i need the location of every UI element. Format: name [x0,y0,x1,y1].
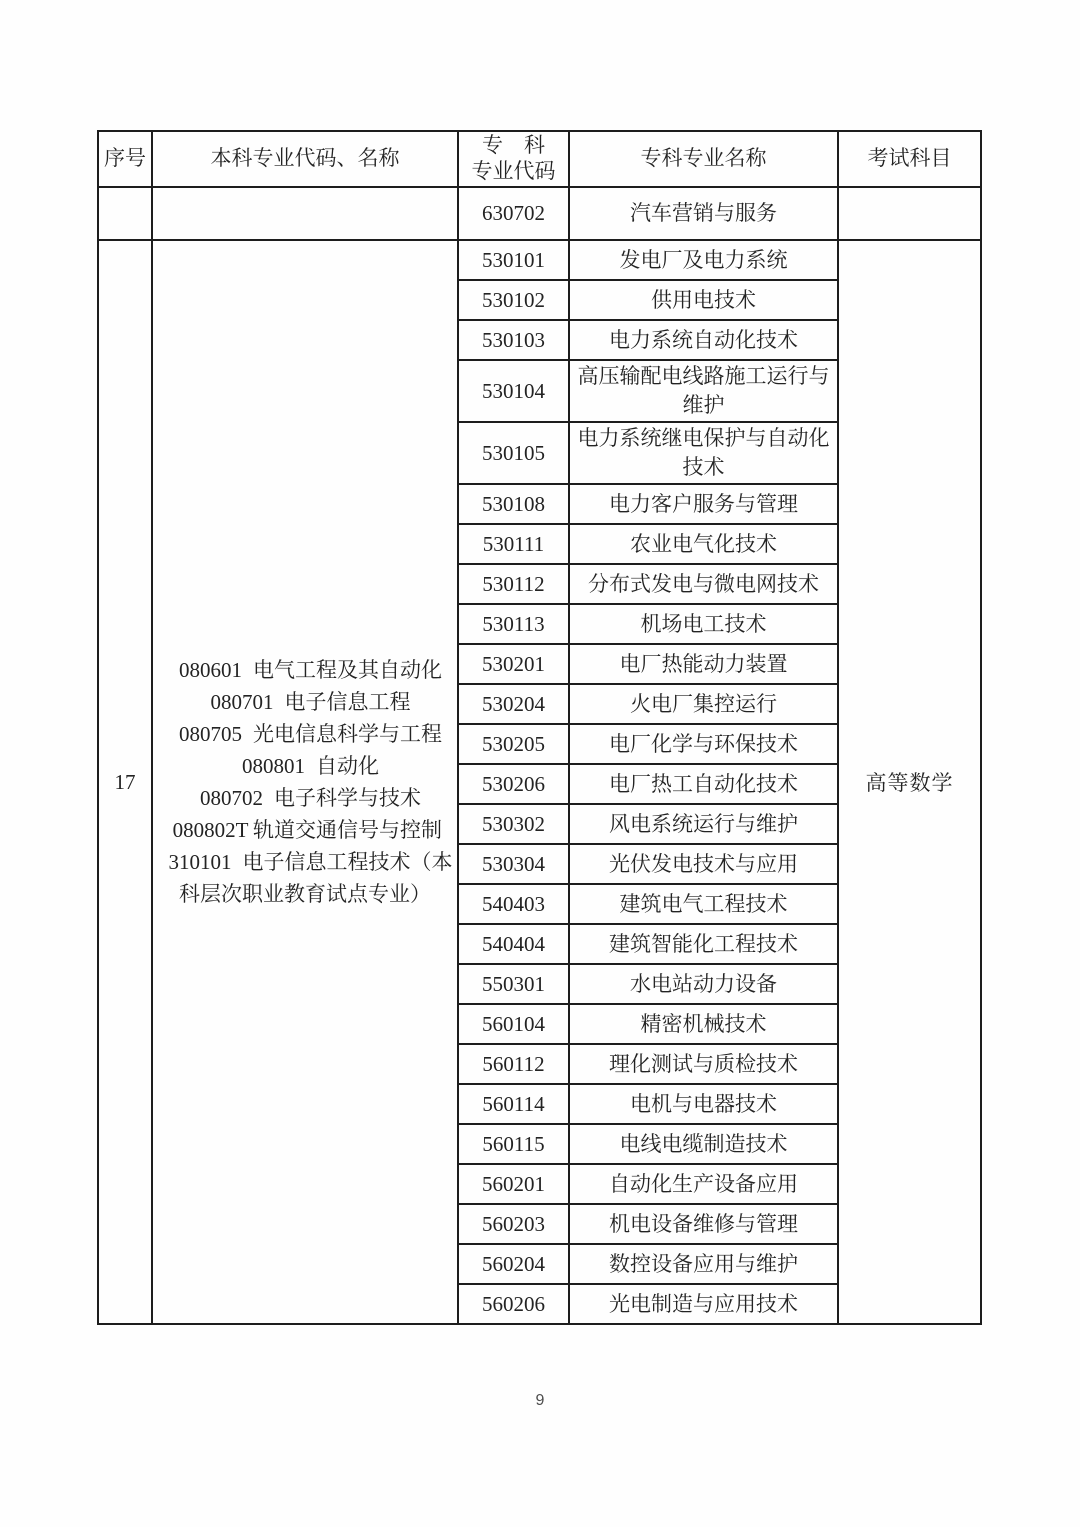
college-name-cell: 汽车营销与服务 [569,187,838,240]
college-name-cell: 建筑智能化工程技术 [569,924,838,964]
college-name-cell: 数控设备应用与维护 [569,1244,838,1284]
exam-subject-cell: 高等数学 [838,240,981,1324]
college-code-cell: 530302 [458,804,569,844]
header-college-name: 专科专业名称 [569,131,838,187]
undergrad-major-name: 电气工程及其自动化 [253,658,442,682]
college-code-cell: 540404 [458,924,569,964]
college-code-cell: 530112 [458,564,569,604]
college-name-cell: 机场电工技术 [569,604,838,644]
college-code-cell: 560115 [458,1124,569,1164]
header-college-code: 专 科 专业代码 [458,131,569,187]
college-code-cell: 530101 [458,240,569,280]
table-header-row: 序号 本科专业代码、名称 专 科 专业代码 专科专业名称 考试科目 [98,131,981,187]
undergrad-major-line: 080801自动化 [153,750,457,782]
college-code-cell: 560206 [458,1284,569,1324]
page-number: 9 [0,1392,1080,1410]
undergrad-majors-cell: 080601电气工程及其自动化080701电子信息工程080705光电信息科学与… [152,240,458,1324]
college-name-cell: 理化测试与质检技术 [569,1044,838,1084]
college-code-cell: 530201 [458,644,569,684]
college-code-cell: 540403 [458,884,569,924]
college-code-cell: 530105 [458,422,569,484]
college-name-cell: 建筑电气工程技术 [569,884,838,924]
college-name-cell: 电厂化学与环保技术 [569,724,838,764]
college-name-cell: 电力客户服务与管理 [569,484,838,524]
undergrad-major-code: 310101 [158,846,243,878]
college-code-cell: 560204 [458,1244,569,1284]
college-name-cell: 精密机械技术 [569,1004,838,1044]
majors-table: 序号 本科专业代码、名称 专 科 专业代码 专科专业名称 考试科目 630702… [97,130,982,1325]
table-row: 17080601电气工程及其自动化080701电子信息工程080705光电信息科… [98,240,981,280]
college-code-cell: 530102 [458,280,569,320]
undergrad-major-line: 080601电气工程及其自动化 [153,654,457,686]
serial-cell: 17 [98,240,152,1324]
college-code-cell: 560201 [458,1164,569,1204]
undergrad-major-code: 080701 [200,686,285,718]
undergrad-major-line: 310101电子信息工程技术（本科层次职业教育试点专业） [153,846,457,910]
header-exam-subject: 考试科目 [838,131,981,187]
college-code-cell: 530111 [458,524,569,564]
college-name-cell: 电机与电器技术 [569,1084,838,1124]
college-name-cell: 机电设备维修与管理 [569,1204,838,1244]
college-code-cell: 560203 [458,1204,569,1244]
undergrad-major-code: 080702 [189,782,274,814]
college-name-cell: 电力系统继电保护与自动化技术 [569,422,838,484]
college-name-cell: 供用电技术 [569,280,838,320]
undergrad-major-code: 080705 [168,718,253,750]
undergrad-major-name: 电子科学与技术 [274,786,421,810]
header-undergrad-major: 本科专业代码、名称 [152,131,458,187]
college-name-cell: 光电制造与应用技术 [569,1284,838,1324]
college-name-cell: 农业电气化技术 [569,524,838,564]
college-name-cell: 火电厂集控运行 [569,684,838,724]
college-code-cell: 550301 [458,964,569,1004]
college-name-cell: 高压输配电线路施工运行与维护 [569,360,838,422]
table-row-carryover: 630702汽车营销与服务 [98,187,981,240]
undergrad-major-code: 080601 [168,654,253,686]
document-page: 序号 本科专业代码、名称 专 科 专业代码 专科专业名称 考试科目 630702… [0,0,1080,1527]
college-code-cell: 530205 [458,724,569,764]
header-serial: 序号 [98,131,152,187]
college-code-cell: 530108 [458,484,569,524]
college-code-cell: 560112 [458,1044,569,1084]
undergrad-major-name: 自动化 [316,754,379,778]
undergrad-major-name: 光电信息科学与工程 [253,722,442,746]
undergrad-major-code: 080801 [231,750,316,782]
college-name-cell: 自动化生产设备应用 [569,1164,838,1204]
college-code-cell: 560104 [458,1004,569,1044]
college-name-cell: 光伏发电技术与应用 [569,844,838,884]
exam-subject-cell-empty [838,187,981,240]
college-name-cell: 电力系统自动化技术 [569,320,838,360]
college-code-cell: 530204 [458,684,569,724]
undergrad-major-name: 轨道交通信号与控制 [253,818,442,842]
college-code-cell: 530113 [458,604,569,644]
undergrad-major-line: 080701电子信息工程 [153,686,457,718]
college-name-cell: 分布式发电与微电网技术 [569,564,838,604]
college-code-cell: 560114 [458,1084,569,1124]
college-code-cell: 630702 [458,187,569,240]
undergrad-major-name: 电子信息工程 [285,690,411,714]
college-name-cell: 风电系统运行与维护 [569,804,838,844]
undergrad-major-code: 080802T [168,814,253,846]
college-name-cell: 水电站动力设备 [569,964,838,1004]
college-name-cell: 电厂热工自动化技术 [569,764,838,804]
college-code-cell: 530103 [458,320,569,360]
undergrad-major-line: 080802T轨道交通信号与控制 [153,814,457,846]
college-name-cell: 电厂热能动力装置 [569,644,838,684]
college-code-cell: 530104 [458,360,569,422]
college-name-cell: 发电厂及电力系统 [569,240,838,280]
undergrad-major-line: 080705光电信息科学与工程 [153,718,457,750]
college-code-cell: 530206 [458,764,569,804]
undergrad-cell-empty [152,187,458,240]
college-code-cell: 530304 [458,844,569,884]
undergrad-major-line: 080702电子科学与技术 [153,782,457,814]
serial-cell-empty [98,187,152,240]
college-name-cell: 电线电缆制造技术 [569,1124,838,1164]
